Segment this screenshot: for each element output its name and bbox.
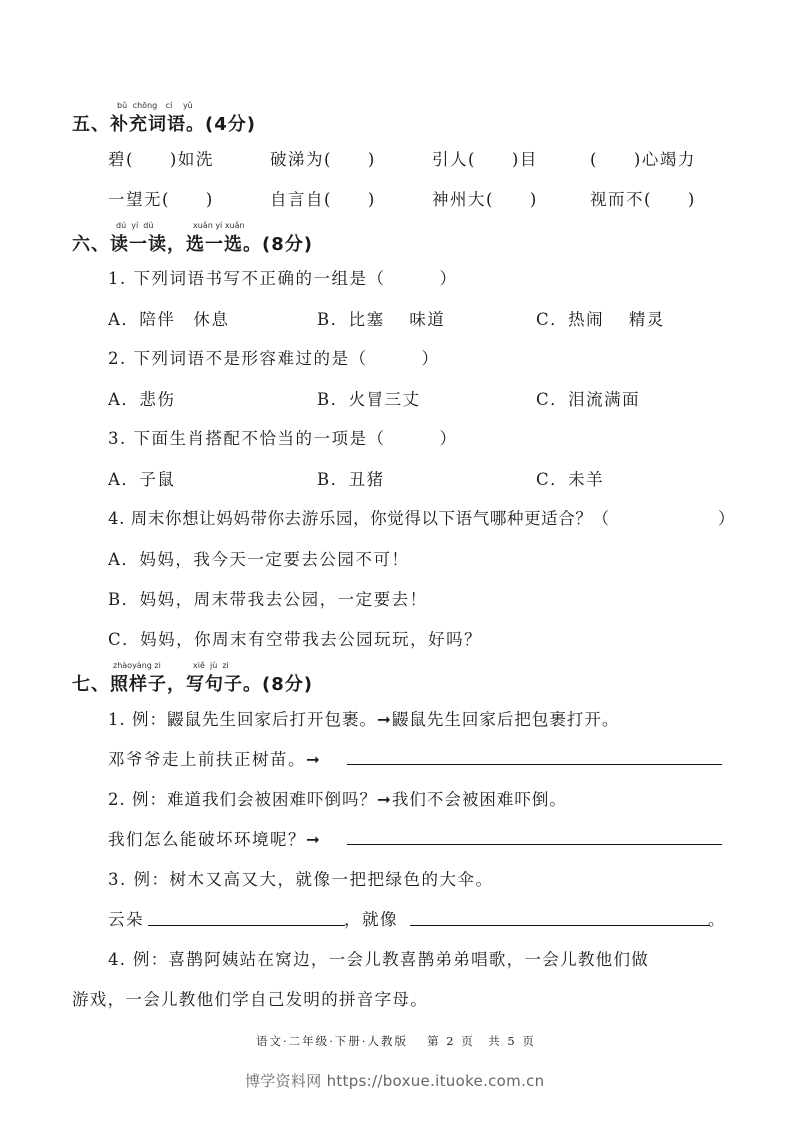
- question-2-option-b: B．火冒三丈: [317, 386, 421, 410]
- pinyin-syllable: bǔ: [117, 101, 127, 110]
- question-4-stem: 4. 周末你想让妈妈带你去游乐园，你觉得以下语气哪种更适合？（: [108, 505, 610, 529]
- question-1-option-a: A．陪伴 休息: [108, 306, 229, 330]
- rewrite-4-example-line1: 4. 例：喜鹊阿姨站在窝边，一会儿教喜鹊弟弟唱歌，一会儿教他们做: [108, 946, 649, 970]
- question-2-option-a: A．悲伤: [108, 386, 175, 410]
- question-3-option-b: B．丑猪: [317, 466, 385, 490]
- question-4-option-c: C．妈妈，你周末有空带我去公园玩玩，好吗？: [108, 626, 482, 650]
- rewrite-3-prompt-mid: ，就像: [344, 906, 398, 930]
- rewrite-2-example: 2. 例：难道我们会被困难吓倒吗？➞我们不会被困难吓倒。: [108, 786, 567, 810]
- rewrite-4-example-line2: 游戏，一会儿教他们学自己发明的拼音字母。: [72, 986, 428, 1010]
- watermark: 博学资料网 https://boxue.ituoke.com.cn: [245, 1070, 545, 1091]
- question-3-stem: 3. 下面生肖搭配不恰当的一项是（ ）: [108, 425, 458, 449]
- fill-word-3: 引人( )目: [432, 146, 538, 170]
- section7-pinyin-right: xiě jù zi: [193, 661, 229, 670]
- fill-word-8: 视而不( ): [590, 186, 696, 210]
- rewrite-3-answer-line-2[interactable]: [410, 925, 710, 926]
- rewrite-2-prompt: 我们怎么能破坏环境呢？➞: [108, 826, 321, 850]
- rewrite-3-example: 3. 例：树木又高又大，就像一把把绿色的大伞。: [108, 866, 494, 890]
- fill-word-6: 自言自( ): [270, 186, 376, 210]
- question-3-option-c: C．未羊: [536, 466, 604, 490]
- question-4-stem-close: ）: [718, 505, 736, 529]
- pinyin-syllable: yǔ: [183, 101, 193, 110]
- section6-pinyin-left: dú yí dú: [116, 221, 153, 230]
- fill-word-7: 神州大( ): [432, 186, 538, 210]
- rewrite-1-answer-line[interactable]: [347, 764, 722, 765]
- fill-word-4: ( )心竭力: [590, 146, 696, 170]
- question-4-option-a: A．妈妈，我今天一定要去公园不可！: [108, 546, 409, 570]
- pinyin-syllable: chōng: [133, 101, 158, 110]
- rewrite-3-prompt-start: 云朵: [108, 906, 144, 930]
- question-3-option-a: A．子鼠: [108, 466, 175, 490]
- page-footer: 语文·二年级·下册·人教版 第 2 页 共 5 页: [256, 1033, 536, 1049]
- question-2-stem: 2. 下列词语不是形容难过的是（ ）: [108, 345, 440, 369]
- section7-title: 七、照样子，写句子。(8分): [72, 670, 313, 696]
- question-2-option-c: C．泪流满面: [536, 386, 640, 410]
- fill-word-5: 一望无( ): [108, 186, 214, 210]
- rewrite-3-prompt-end: 。: [708, 906, 726, 930]
- section6-title: 六、读一读，选一选。(8分): [72, 230, 313, 256]
- pinyin-syllable: cí: [166, 101, 173, 110]
- question-1-option-b: B．比塞 味道: [317, 306, 445, 330]
- question-1-option-c: C．热闹 精灵: [536, 306, 665, 330]
- rewrite-1-prompt: 邓爷爷走上前扶正树苗。➞: [108, 746, 321, 770]
- section7-pinyin-left: zhàoyàng zi: [113, 661, 161, 670]
- question-4-option-b: B．妈妈，周末带我去公园，一定要去！: [108, 586, 428, 610]
- rewrite-3-answer-line-1[interactable]: [148, 925, 345, 926]
- question-1-stem: 1. 下列词语书写不正确的一组是（ ）: [108, 265, 458, 289]
- rewrite-2-answer-line[interactable]: [347, 844, 722, 845]
- fill-word-2: 破涕为( ): [270, 146, 376, 170]
- section6-pinyin-right: xuǎn yí xuǎn: [193, 221, 245, 230]
- fill-word-1: 碧( )如洗: [108, 146, 214, 170]
- section5-pinyin: bǔ chōng cí yǔ: [117, 101, 193, 110]
- rewrite-1-example: 1. 例：鼹鼠先生回家后打开包裹。➞鼹鼠先生回家后把包裹打开。: [108, 706, 619, 730]
- section5-title: 五、补充词语。(4分): [72, 110, 256, 136]
